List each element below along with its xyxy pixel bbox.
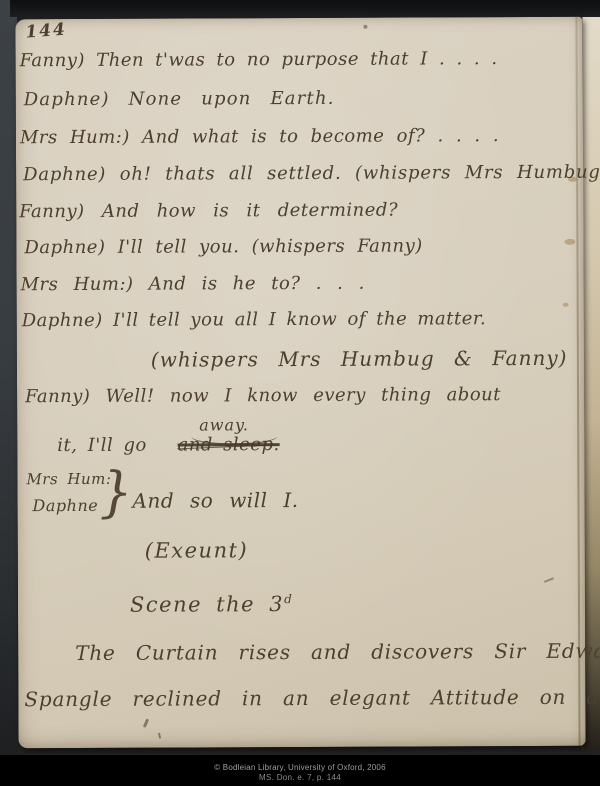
footer-credit: © Bodleian Library, University of Oxford…: [0, 763, 600, 773]
speaker-brace: }: [99, 462, 133, 525]
dialogue-line: Mrs Hum:) And is he to? . . .: [21, 274, 365, 296]
dialogue-line: Fanny) And how is it determined?: [19, 201, 398, 223]
caption-band: © Bodleian Library, University of Oxford…: [0, 755, 600, 786]
foxing-spot: [563, 303, 569, 307]
struck-text: and sleep.: [178, 434, 280, 455]
joint-speech-text: And so will I.: [132, 489, 298, 513]
backdrop-top-strip: [10, 0, 600, 17]
narration-line: Spangle reclined in an elegant Attitude …: [24, 686, 599, 712]
ink-smudge: [143, 718, 149, 727]
pen-tick-mark: [544, 577, 556, 587]
foxing-spot: [564, 239, 575, 245]
scene-heading-text: Scene the 3: [130, 592, 284, 617]
footer-shelfmark: MS. Don. e. 7, p. 144: [0, 773, 600, 783]
joint-speech-group: Mrs Hum: Daphne } And so will I.: [15, 17, 582, 19]
corrected-line: away. it, I'll go and sleep.: [57, 435, 280, 457]
backdrop-left-strip: [0, 0, 17, 755]
scene-ordinal-suffix: d: [284, 592, 292, 606]
narration-line: The Curtain rises and discovers Sir Edwa…: [75, 640, 600, 665]
ink-smudge: [158, 732, 161, 738]
dialogue-line: Daphne) None upon Earth.: [24, 89, 335, 111]
stage-direction-exeunt: (Exeunt): [145, 538, 249, 563]
corrected-line-pre: it, I'll go: [57, 435, 147, 456]
dialogue-line: Daphne) oh! thats all settled. (whispers…: [23, 163, 600, 186]
dialogue-line: Mrs Hum:) And what is to become of? . . …: [20, 126, 499, 149]
speaker-label: Daphne: [32, 497, 98, 516]
dialogue-line: Daphne) I'll tell you. (whispers Fanny): [24, 236, 422, 258]
dialogue-line: Daphne) I'll tell you all I know of the …: [22, 309, 487, 332]
manuscript-page: 144 Fanny) Then t'was to no purpose that…: [15, 17, 585, 748]
scanned-manuscript-view: 144 Fanny) Then t'was to no purpose that…: [0, 0, 600, 786]
scene-heading: Scene the 3d: [130, 592, 292, 617]
dialogue-line: Fanny) Then t'was to no purpose that I .…: [20, 49, 498, 72]
page-number: 144: [25, 21, 68, 44]
photo-background: 144 Fanny) Then t'was to no purpose that…: [0, 0, 600, 755]
dialogue-line: Fanny) Well! now I know every thing abou…: [25, 385, 501, 408]
stage-direction-whispers: (whispers Mrs Humbug & Fanny): [151, 347, 568, 372]
ink-speck: [363, 25, 367, 29]
page-crease: [575, 17, 580, 746]
